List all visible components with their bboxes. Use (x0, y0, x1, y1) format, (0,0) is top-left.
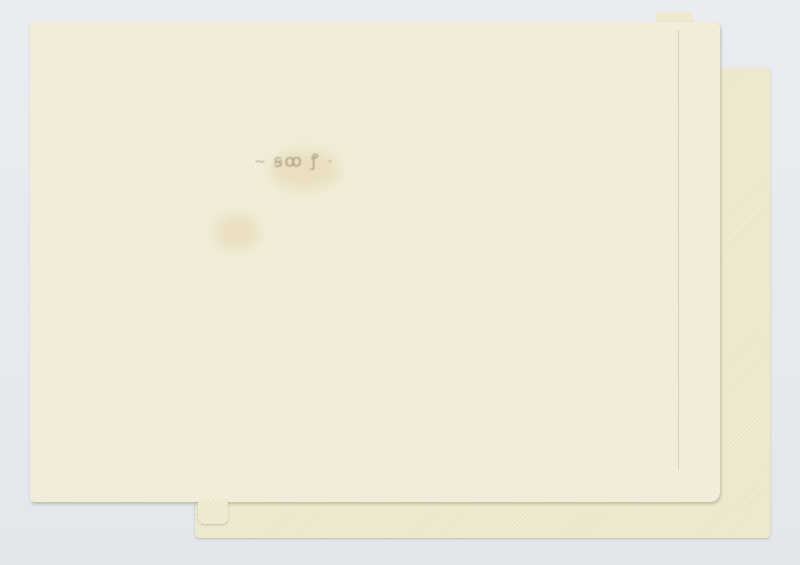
armband-front-panel (30, 22, 720, 502)
fabric-stain (215, 215, 260, 250)
fabric-seam (678, 30, 679, 470)
armband-bottom-tab (198, 500, 228, 524)
ink-stamp: ~ ꞩꝏ ꝭ · (255, 147, 375, 175)
